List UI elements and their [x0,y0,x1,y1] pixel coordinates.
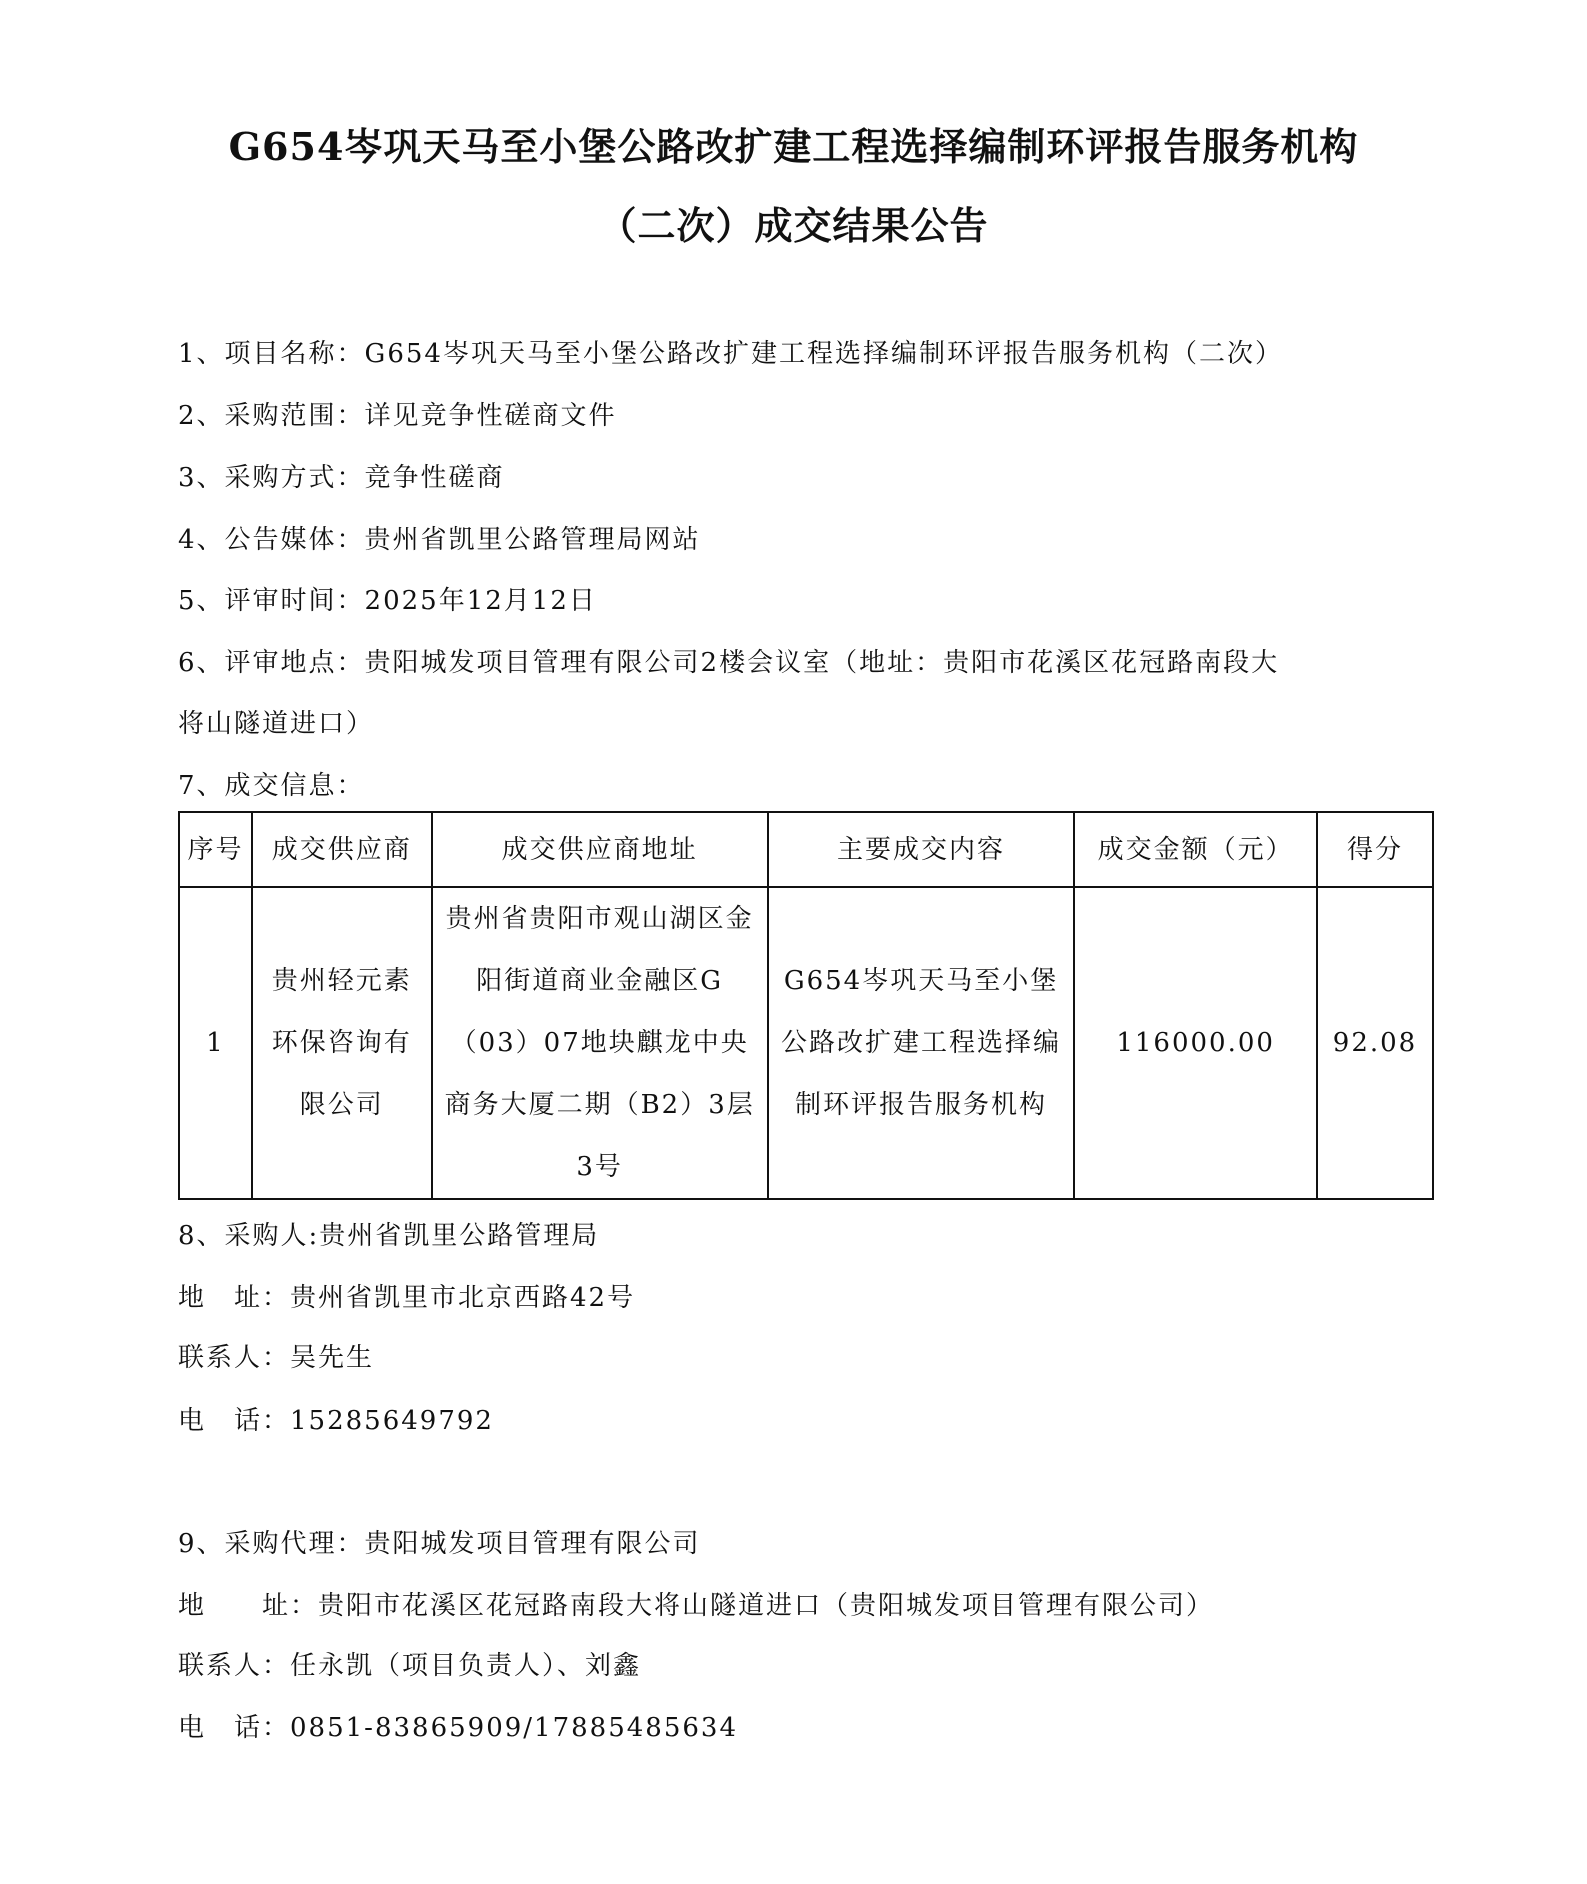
item-value: 竞争性磋商 [365,463,505,493]
agent-title: 9、采购代理：贵阳城发项目管理有限公司 [178,1523,701,1560]
item-value: G654岑巩天马至小堡公路改扩建工程选择编制环评报告服务机构（二次） [365,339,1283,369]
cell-amount: 116000.00 [1074,887,1317,1199]
item-value: 贵州省凯里公路管理局网站 [365,525,701,555]
item-project-name: 1、项目名称：G654岑巩天马至小堡公路改扩建工程选择编制环评报告服务机构（二次… [178,333,1283,370]
item-label: 7、成交信息： [178,771,365,801]
cell-address: 贵州省贵阳市观山湖区金阳街道商业金融区G（03）07地块麒龙中央商务大厦二期（B… [432,887,768,1199]
page-title-line1: G654岑巩天马至小堡公路改扩建工程选择编制环评报告服务机构 [0,116,1587,171]
item-scope: 2、采购范围：详见竞争性磋商文件 [178,395,617,432]
agent-contact: 联系人：任永凯（项目负责人）、刘鑫 [178,1645,641,1682]
purchaser-phone: 电 话：15285649792 [178,1400,494,1437]
item-label: 4、公告媒体： [178,525,365,555]
item-label: 3、采购方式： [178,463,365,493]
cell-content: G654岑巩天马至小堡公路改扩建工程选择编制环评报告服务机构 [768,887,1074,1199]
table-row: 1 贵州轻元素环保咨询有限公司 贵州省贵阳市观山湖区金阳街道商业金融区G（03）… [179,887,1433,1199]
item-media: 4、公告媒体：贵州省凯里公路管理局网站 [178,519,701,556]
cell-index: 1 [179,887,252,1199]
item-value: 详见竞争性磋商文件 [365,401,617,431]
agent-phone: 电 话：0851-83865909/17885485634 [178,1707,738,1744]
deal-table: 序号 成交供应商 成交供应商地址 主要成交内容 成交金额（元） 得分 1 贵州轻… [178,811,1434,1200]
item-review-location: 6、评审地点：贵阳城发项目管理有限公司2楼会议室（地址：贵阳市花溪区花冠路南段大 [178,642,1279,679]
item-value: 贵阳城发项目管理有限公司2楼会议室（地址：贵阳市花溪区花冠路南段大 [365,648,1280,678]
cell-score: 92.08 [1317,887,1433,1199]
item-review-location-cont: 将山隧道进口） [178,703,374,740]
purchaser-address: 地 址：贵州省凯里市北京西路42号 [178,1277,635,1314]
purchaser-title: 8、采购人:贵州省凯里公路管理局 [178,1215,599,1252]
item-value: 2025年12月12日 [365,586,597,616]
purchaser-contact: 联系人：吴先生 [178,1337,374,1374]
item-label: 5、评审时间： [178,586,365,616]
table-header-row: 序号 成交供应商 成交供应商地址 主要成交内容 成交金额（元） 得分 [179,812,1433,887]
page-title-line2: （二次）成交结果公告 [0,195,1587,250]
header-content: 主要成交内容 [768,812,1074,887]
header-index: 序号 [179,812,252,887]
header-address: 成交供应商地址 [432,812,768,887]
item-review-time: 5、评审时间：2025年12月12日 [178,580,597,617]
cell-supplier: 贵州轻元素环保咨询有限公司 [252,887,432,1199]
item-deal-info: 7、成交信息： [178,765,365,802]
item-method: 3、采购方式：竞争性磋商 [178,457,505,494]
header-supplier: 成交供应商 [252,812,432,887]
item-label: 1、项目名称： [178,339,365,369]
agent-address: 地 址：贵阳市花溪区花冠路南段大将山隧道进口（贵阳城发项目管理有限公司） [178,1585,1214,1622]
header-amount: 成交金额（元） [1074,812,1317,887]
header-score: 得分 [1317,812,1433,887]
item-label: 2、采购范围： [178,401,365,431]
item-label: 6、评审地点： [178,648,365,678]
